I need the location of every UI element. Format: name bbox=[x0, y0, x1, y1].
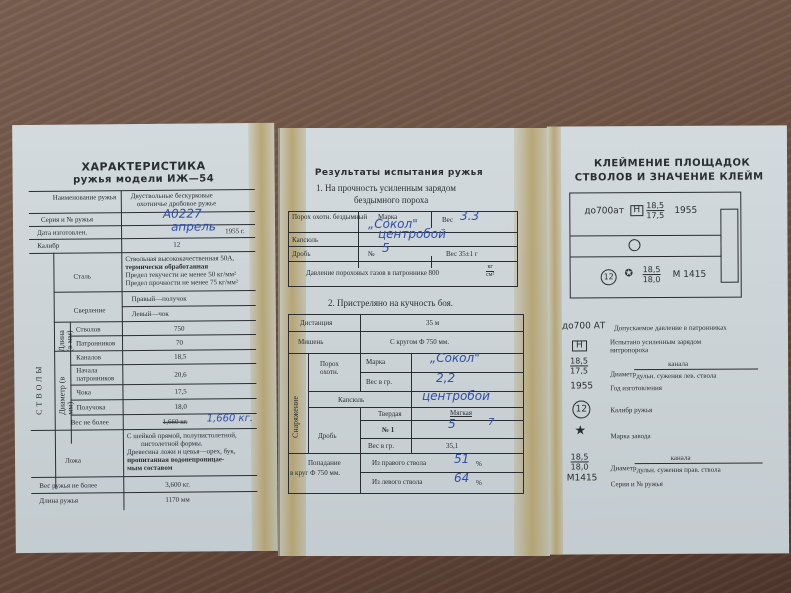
legend-nitro-text: Испытано усиленным зарядом нитропороха bbox=[610, 338, 720, 355]
barrel-flat-shape bbox=[570, 235, 721, 258]
chamber-start-label: Начала патронников bbox=[76, 366, 120, 382]
caliber-mark: 12 bbox=[601, 269, 617, 285]
percent-sign: % bbox=[476, 479, 482, 487]
diameter-left-fraction: 18,517,5 bbox=[646, 201, 664, 220]
barrel-weight-new: 1,660 кг. bbox=[207, 414, 253, 423]
primer-label-2: Капсюль bbox=[338, 396, 364, 404]
date-value: апрель bbox=[171, 222, 216, 231]
target-value: С кругом Ф 750 мм. bbox=[390, 338, 449, 346]
stock-desc-5: мым составом bbox=[127, 464, 172, 472]
page-title: Результаты испытания ружья bbox=[288, 168, 510, 178]
legend-pressure-text: Допускаемое давление в патронниках bbox=[614, 324, 727, 333]
powder-weight-value-2: 2,2 bbox=[436, 374, 455, 383]
pressure-mark: до700ат bbox=[584, 207, 624, 216]
barrels-length-label: Стволов bbox=[76, 325, 101, 333]
slot-circle-icon bbox=[628, 239, 640, 251]
distance-value: 35 м bbox=[426, 319, 439, 327]
legend-year-mark: 1955 bbox=[570, 382, 593, 391]
bore-label: Сверление bbox=[74, 306, 106, 314]
loading-group-label: Снаряжение bbox=[292, 378, 300, 438]
legend-serial-text: Серия и № ружья bbox=[611, 480, 663, 488]
bore-diameter-label: Каналов bbox=[76, 353, 101, 361]
halfchoke-value: 18,0 bbox=[175, 403, 187, 411]
page-title-2: СТВОЛОВ И ЗНАЧЕНИЕ КЛЕЙМ bbox=[551, 171, 787, 183]
shot-label: Дробь bbox=[292, 250, 311, 258]
right-barrel-label: Из правого ствола bbox=[372, 459, 426, 467]
powder-weight-label-2: Вес в гр. bbox=[366, 378, 392, 386]
steel-label: Сталь bbox=[73, 272, 91, 280]
gun-length-label: Длина ружья bbox=[39, 497, 78, 505]
powder-label: Порох охотн. бездымный bbox=[292, 213, 367, 221]
section2-title: 2. Пристреляно на кучность боя. bbox=[328, 299, 453, 308]
halfchoke-label: Получока bbox=[77, 403, 106, 411]
chambers-length-value: 70 bbox=[176, 339, 183, 347]
hard-shot-label: Твердая bbox=[378, 410, 402, 418]
bore-diameter-value: 18,5 bbox=[174, 353, 186, 361]
right-barrel-value: 51 bbox=[454, 455, 469, 464]
gun-weight-value: 3,600 кг. bbox=[165, 481, 190, 489]
legend-factory-text: Марка завода bbox=[610, 432, 650, 440]
caliber-value: 12 bbox=[173, 241, 180, 249]
choke-label: Чока bbox=[76, 388, 91, 396]
year-mark: 1955 bbox=[674, 207, 697, 216]
choke-value: 17,5 bbox=[174, 388, 186, 396]
legend-pressure-mark: до700 АТ bbox=[562, 322, 605, 331]
nitro-proof-mark: Н bbox=[630, 205, 643, 216]
gun-weight-label: Вес ружья не более bbox=[39, 481, 97, 490]
legend-nitro-mark: Н bbox=[572, 340, 587, 351]
legend-factory-star-icon: ★ bbox=[574, 426, 586, 435]
shot-number-label-2: № 1 bbox=[382, 426, 394, 434]
page-title: ХАРАКТЕРИСТИКА bbox=[12, 159, 274, 174]
shot-weight-value-2: 35,1 bbox=[446, 442, 458, 450]
legend-serial-mark: М1415 bbox=[567, 474, 598, 483]
name-label: Наименование ружья bbox=[53, 193, 117, 202]
proof-marks-page: КЛЕЙМЕНИЕ ПЛОЩАДОК СТВОЛОВ И ЗНАЧЕНИЕ КЛ… bbox=[547, 125, 789, 554]
pressure-text: Давление пороховых газов в патроннике 80… bbox=[306, 269, 439, 277]
caliber-label: Калибр bbox=[37, 242, 59, 250]
page-subtitle: ружья модели ИЖ—54 bbox=[13, 173, 275, 186]
shot-number-extra: 7 bbox=[488, 418, 494, 427]
diameter-group-label: Диаметр (в мм) bbox=[58, 365, 74, 415]
tape-strip bbox=[248, 123, 278, 551]
distance-label: Дистанция bbox=[300, 319, 332, 327]
chambers-length-label: Патронников bbox=[76, 339, 115, 347]
target-label: Мишень bbox=[298, 338, 323, 346]
legend-diameter-top-2: канала bbox=[671, 454, 691, 462]
shot-number-value: 5 bbox=[382, 244, 390, 253]
barrels-group-label: СТВОЛЫ bbox=[34, 305, 44, 415]
soft-shot-label: Мягкая bbox=[450, 409, 472, 417]
shot-label-2: Дробь bbox=[318, 432, 337, 440]
legend-diameter-right: 18,518,0 bbox=[571, 452, 589, 471]
primer-value-2: центробой bbox=[422, 392, 490, 401]
lug-shape bbox=[720, 209, 738, 283]
legend-diameter-bottom-2: дульн. сужения прав. ствола bbox=[637, 466, 721, 474]
shot-weight: Вес 35±1 г bbox=[446, 250, 478, 258]
chamber-start-value: 20,6 bbox=[174, 371, 186, 379]
shot-number-value-2: 5 bbox=[448, 420, 456, 429]
serial-label: Серия и № ружья bbox=[41, 215, 93, 223]
serial-mark: М 1415 bbox=[673, 271, 707, 280]
barrel-marking-diagram: до700ат Н 18,517,5 1955 12 ✪ 18,518,0 М … bbox=[569, 192, 742, 299]
date-label: Дата изготовлен. bbox=[37, 229, 87, 237]
shot-weight-label-2: Вес в гр. bbox=[368, 442, 394, 450]
primer-value: центробой bbox=[378, 230, 446, 239]
brand-label-2: Марка bbox=[366, 358, 385, 366]
primer-label: Капсюль bbox=[292, 236, 318, 244]
hit-label-2: в круг Ф 750 мм. bbox=[290, 469, 340, 477]
legend-diameter-prefix: Диаметр bbox=[610, 370, 636, 378]
page-title: КЛЕЙМЕНИЕ ПЛОЩАДОК bbox=[557, 157, 787, 169]
stock-label: Ложа bbox=[65, 457, 81, 465]
legend-caliber-mark: 12 bbox=[572, 400, 590, 418]
hit-label: Попадание bbox=[308, 459, 341, 467]
length-group-label: Длина (в мм) bbox=[58, 324, 74, 352]
left-barrel-label: Из левого ствола bbox=[372, 478, 422, 486]
legend-diameter-prefix-2: Диаметр bbox=[611, 464, 637, 472]
section1-title: 1. На прочность усиленным зарядом bbox=[316, 184, 456, 193]
shot-number-label: № bbox=[368, 250, 375, 258]
bore-left: Левый—чок bbox=[132, 310, 169, 318]
characteristics-page: ХАРАКТЕРИСТИКА ружья модели ИЖ—54 Наимен… bbox=[12, 123, 278, 553]
barrel-weight-old: 1,660 кг. bbox=[163, 418, 188, 426]
powder-label-2: Порох охотн. bbox=[320, 360, 350, 376]
powder-weight-value: 3.3 bbox=[460, 212, 479, 221]
legend-year-text: Год изготовления bbox=[610, 384, 662, 392]
bore-right: Правый—получок bbox=[132, 295, 187, 303]
percent-sign: % bbox=[476, 460, 482, 468]
legend-diameter-top: канала bbox=[668, 360, 688, 368]
powder-brand-value-2: „Сокол" bbox=[430, 354, 480, 363]
legend-diameter-left: 18,517,5 bbox=[570, 356, 588, 375]
legend-caliber-text: Калибр ружья bbox=[610, 406, 652, 414]
steel-strength: Предел прочности не менее 75 кг/мм² bbox=[125, 278, 238, 287]
test-results-page: Результаты испытания ружья 1. На прочнос… bbox=[278, 128, 550, 556]
stock-desc-4: пропитанная водонепроницае- bbox=[127, 455, 224, 464]
barrel-weight-label: Вес не более bbox=[71, 418, 109, 426]
date-year: 1955 г. bbox=[225, 227, 245, 235]
section1-title-2: бездымного пороха bbox=[354, 196, 428, 205]
gun-length-value: 1170 мм bbox=[165, 496, 189, 504]
serial-value: А0227 bbox=[163, 210, 202, 219]
left-barrel-value: 64 bbox=[454, 474, 469, 483]
weight-label: Вес bbox=[442, 216, 453, 224]
pressure-unit: кгсм² bbox=[486, 264, 494, 279]
diameter-right-fraction: 18,518,0 bbox=[643, 265, 661, 284]
barrels-length-value: 750 bbox=[174, 325, 185, 333]
factory-star-icon: ✪ bbox=[625, 269, 633, 278]
legend-diameter-bottom: дульн. сужения лев. ствола bbox=[636, 372, 716, 380]
tape-strip bbox=[547, 127, 563, 555]
